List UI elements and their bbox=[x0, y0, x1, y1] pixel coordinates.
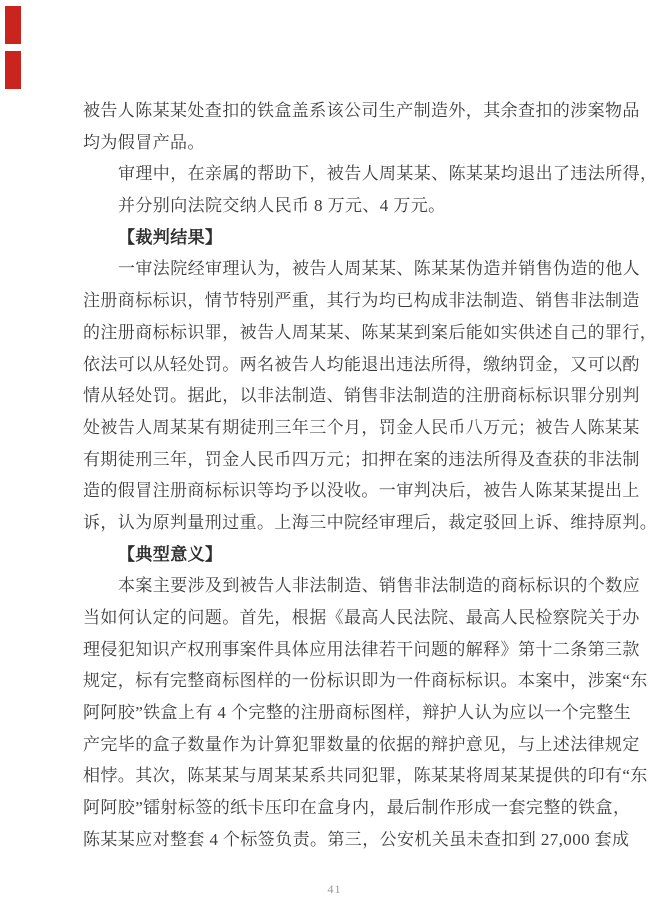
document-text-line: 一审法院经审理认为，被告人周某某、陈某某伪造并销售伪造的他人 bbox=[83, 253, 597, 285]
heading-typical-significance: 【典型意义】 bbox=[83, 539, 597, 571]
document-text-line: 处被告人周某某有期徒刑三年三个月，罚金人民币八万元；被告人陈某某 bbox=[83, 412, 597, 444]
document-text-line: 被告人陈某某处查扣的铁盒盖系该公司生产制造外，其余查扣的涉案物品 bbox=[83, 95, 597, 127]
heading-ruling-result: 【裁判结果】 bbox=[83, 222, 597, 254]
document-text-line: 并分别向法院交纳人民币 8 万元、4 万元。 bbox=[83, 190, 597, 222]
document-text-line: 本案主要涉及到被告人非法制造、销售非法制造的商标标识的个数应 bbox=[83, 570, 597, 602]
document-text-line: 相悖。其次，陈某某与周某某系共同犯罪，陈某某将周某某提供的印有“东 bbox=[83, 760, 597, 792]
document-text-line: 诉，认为原判量刑过重。上海三中院经审理后，裁定驳回上诉、维持原判。 bbox=[83, 507, 597, 539]
red-stamp-mark-bottom bbox=[5, 51, 21, 89]
document-text-line: 注册商标标识，情节特别严重，其行为均已构成非法制造、销售非法制造 bbox=[83, 285, 597, 317]
document-page: 被告人陈某某处查扣的铁盒盖系该公司生产制造外，其余查扣的涉案物品 均为假冒产品。… bbox=[0, 0, 669, 900]
document-text-line: 当如何认定的问题。首先，根据《最高人民法院、最高人民检察院关于办 bbox=[83, 602, 597, 634]
document-text-line: 有期徒刑三年，罚金人民币四万元；扣押在案的违法所得及查获的非法制 bbox=[83, 444, 597, 476]
document-text-block: 被告人陈某某处查扣的铁盒盖系该公司生产制造外，其余查扣的涉案物品 均为假冒产品。… bbox=[83, 95, 597, 856]
document-text-line: 产完毕的盒子数量作为计算犯罪数量的依据的辩护意见，与上述法律规定 bbox=[83, 729, 597, 761]
document-text-line: 依法可以从轻处罚。两名被告人均能退出违法所得，缴纳罚金，又可以酌 bbox=[83, 349, 597, 381]
document-text-line: 阿阿胶”铁盒上有 4 个完整的注册商标图样，辩护人认为应以一个完整生 bbox=[83, 697, 597, 729]
document-text-line: 均为假冒产品。 bbox=[83, 127, 597, 159]
document-text-line: 陈某某应对整套 4 个标签负责。第三，公安机关虽未查扣到 27,000 套成 bbox=[83, 824, 597, 856]
document-text-line: 阿阿胶”镭射标签的纸卡压印在盒身内，最后制作形成一套完整的铁盒， bbox=[83, 792, 597, 824]
document-text-line: 审理中，在亲属的帮助下，被告人周某某、陈某某均退出了违法所得， bbox=[83, 158, 597, 190]
document-text-line: 情从轻处罚。据此，以非法制造、销售非法制造的注册商标标识罪分别判 bbox=[83, 380, 597, 412]
document-text-line: 的注册商标标识罪，被告人周某某、陈某某到案后能如实供述自己的罪行， bbox=[83, 317, 597, 349]
document-text-line: 造的假冒注册商标标识等均予以没收。一审判决后，被告人陈某某提出上 bbox=[83, 475, 597, 507]
document-text-line: 理侵犯知识产权刑事案件具体应用法律若干问题的解释》第十二条第三款 bbox=[83, 634, 597, 666]
document-text-line: 规定，标有完整商标图样的一份标识即为一件商标标识。本案中，涉案“东 bbox=[83, 665, 597, 697]
red-stamp-mark-top bbox=[5, 6, 21, 44]
page-number: 41 bbox=[0, 882, 669, 897]
